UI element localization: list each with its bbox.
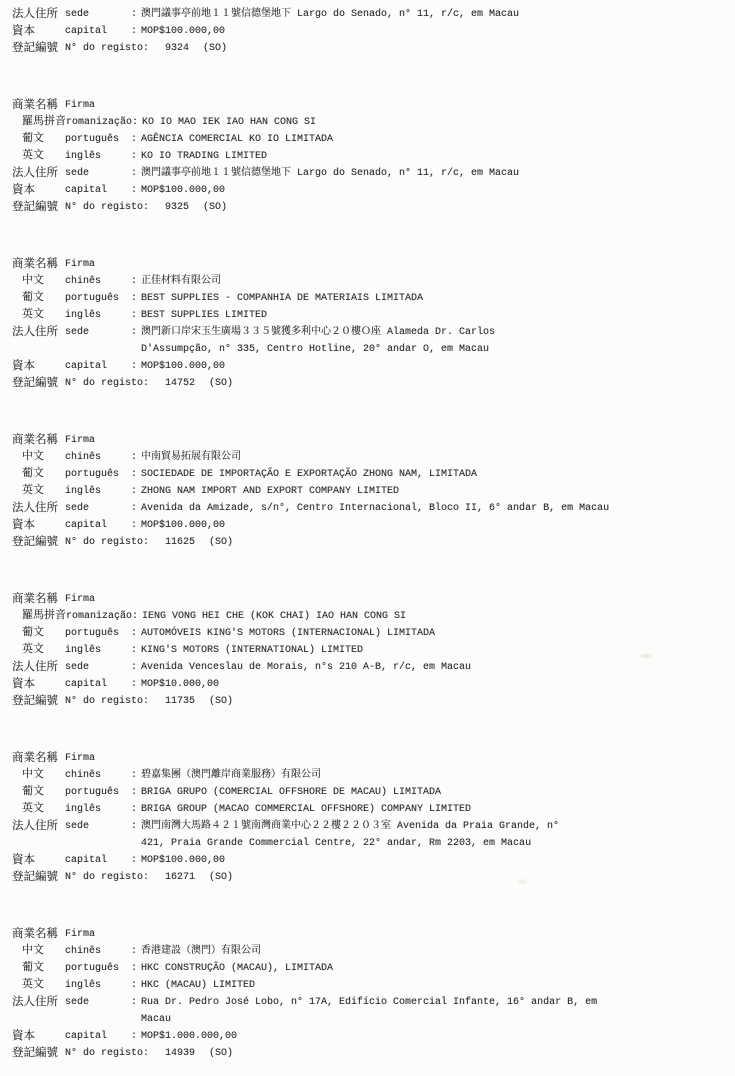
colon-separator: : — [131, 466, 141, 483]
row-firma: 商業名稱 Firma — [12, 97, 719, 114]
label-portuguese: Firma — [65, 97, 131, 114]
row-sede: 法人住所 sede : 澳門南灣大馬路４２１號南灣商業中心２２樓２２０３室 Av… — [12, 818, 719, 852]
label-portuguese: português — [65, 466, 131, 483]
field-value: 澳門新口岸宋玉生廣場３３５號獲多利中心２０樓Ｏ座 Alameda Dr. Car… — [141, 324, 719, 358]
row-capital: 資本 capital : MOP$100.000,00 — [12, 358, 719, 375]
colon-separator: : — [131, 449, 141, 466]
label-portuguese: Firma — [65, 432, 131, 449]
row-registo: 登記編號 N° do registo: 11735 (SO) — [12, 693, 719, 710]
registry-entry: 商業名稱 Firma 中文 chinês : 正佳材料有限公司 葡文 portu… — [12, 256, 719, 392]
registry-entry: 商業名稱 Firma 羅馬拼音 romanização : IENG VONG … — [12, 591, 719, 710]
label-chinese: 登記編號 — [12, 869, 65, 886]
field-value: BEST SUPPLIES LIMITED — [141, 307, 719, 324]
field-value: Avenida da Amizade, s/n°, Centro Interna… — [141, 500, 719, 517]
scan-smudge — [518, 880, 527, 883]
label-portuguese: sede — [65, 324, 131, 341]
row-chines: 中文 chinês : 碧嘉集團（澳門離岸商業服務）有限公司 — [12, 767, 719, 784]
label-chinese: 資本 — [12, 676, 65, 693]
label-chinese: 資本 — [12, 182, 65, 199]
registration-suffix: (SO) — [209, 1045, 233, 1062]
row-chines: 中文 chinês : 中南貿易拓展有限公司 — [12, 449, 719, 466]
label-registo: N° do registo: — [65, 693, 149, 710]
row-ingles: 英文 inglês : BEST SUPPLIES LIMITED — [12, 307, 719, 324]
colon-separator: : — [131, 131, 141, 148]
field-value: MOP$100.000,00 — [141, 852, 719, 869]
label-chinese: 商業名稱 — [12, 432, 65, 449]
label-chinese: 羅馬拼音 — [12, 608, 66, 625]
label-registo: N° do registo: — [65, 534, 149, 551]
colon-separator: : — [131, 1028, 141, 1045]
colon-separator: : — [131, 801, 141, 818]
registration-number: 11625 — [165, 534, 195, 551]
label-chinese: 登記編號 — [12, 199, 65, 216]
label-portuguese: português — [65, 290, 131, 307]
colon-separator: : — [131, 148, 141, 165]
row-capital: 資本 capital : MOP$1.000.000,00 — [12, 1028, 719, 1045]
label-portuguese: sede — [65, 659, 131, 676]
colon-separator: : — [131, 960, 141, 977]
label-portuguese: Firma — [65, 591, 131, 608]
colon-separator: : — [131, 500, 141, 517]
field-value: MOP$1.000.000,00 — [141, 1028, 719, 1045]
colon-separator: : — [131, 625, 141, 642]
row-ingles: 英文 inglês : KING'S MOTORS (INTERNATIONAL… — [12, 642, 719, 659]
label-portuguese: sede — [65, 165, 131, 182]
label-portuguese: sede — [65, 500, 131, 517]
row-romanizacao: 羅馬拼音 romanização : IENG VONG HEI CHE (KO… — [12, 608, 719, 625]
label-chinese: 商業名稱 — [12, 926, 65, 943]
row-portugues: 葡文 português : SOCIEDADE DE IMPORTAÇÃO E… — [12, 466, 719, 483]
registry-entry: 商業名稱 Firma 中文 chinês : 香港建設（澳門）有限公司 葡文 p… — [12, 926, 719, 1062]
label-portuguese: inglês — [65, 801, 131, 818]
row-romanizacao: 羅馬拼音 romanização : KO IO MAO IEK IAO HAN… — [12, 114, 719, 131]
label-chinese: 資本 — [12, 852, 65, 869]
colon-separator: : — [131, 642, 141, 659]
label-portuguese: sede — [65, 818, 131, 835]
label-portuguese: capital — [65, 1028, 131, 1045]
label-chinese: 商業名稱 — [12, 750, 65, 767]
row-registo: 登記編號 N° do registo: 14939 (SO) — [12, 1045, 719, 1062]
registration-number: 14752 — [165, 375, 195, 392]
row-sede: 法人住所 sede : 澳門新口岸宋玉生廣場３３５號獲多利中心２０樓Ｏ座 Ala… — [12, 324, 719, 358]
label-portuguese: português — [65, 960, 131, 977]
colon-separator: : — [131, 182, 141, 199]
label-portuguese: capital — [65, 852, 131, 869]
label-chinese: 英文 — [12, 483, 65, 500]
field-value: MOP$10.000,00 — [141, 676, 719, 693]
row-capital: 資本 capital : MOP$10.000,00 — [12, 676, 719, 693]
row-portugues: 葡文 português : AUTOMÓVEIS KING'S MOTORS … — [12, 625, 719, 642]
row-capital: 資本 capital : MOP$100.000,00 — [12, 517, 719, 534]
field-value: SOCIEDADE DE IMPORTAÇÃO E EXPORTAÇÃO ZHO… — [141, 466, 719, 483]
row-registo: 登記編號 N° do registo: 11625 (SO) — [12, 534, 719, 551]
label-portuguese: português — [65, 625, 131, 642]
label-portuguese: português — [65, 131, 131, 148]
colon-separator: : — [131, 290, 141, 307]
label-portuguese: inglês — [65, 483, 131, 500]
registration-number: 9325 — [165, 199, 189, 216]
field-value: MOP$100.000,00 — [141, 182, 719, 199]
colon-separator: : — [131, 165, 141, 182]
row-sede: 法人住所 sede : 澳門議事亭前地１１號信德堡地下 Largo do Sen… — [12, 6, 719, 23]
row-chines: 中文 chinês : 香港建設（澳門）有限公司 — [12, 943, 719, 960]
field-value: BEST SUPPLIES - COMPANHIA DE MATERIAIS L… — [141, 290, 719, 307]
field-value: AGÊNCIA COMERCIAL KO IO LIMITADA — [141, 131, 719, 148]
row-firma: 商業名稱 Firma — [12, 750, 719, 767]
colon-separator: : — [131, 307, 141, 324]
colon-separator: : — [131, 767, 141, 784]
row-registo: 登記編號 N° do registo: 16271 (SO) — [12, 869, 719, 886]
row-capital: 資本 capital : MOP$100.000,00 — [12, 182, 719, 199]
label-chinese: 登記編號 — [12, 375, 65, 392]
colon-separator: : — [131, 483, 141, 500]
colon-separator: : — [131, 994, 141, 1011]
row-capital: 資本 capital : MOP$100.000,00 — [12, 852, 719, 869]
label-chinese: 中文 — [12, 273, 65, 290]
label-chinese: 商業名稱 — [12, 256, 65, 273]
field-value: HKC (MACAU) LIMITED — [141, 977, 719, 994]
label-chinese: 英文 — [12, 148, 65, 165]
label-portuguese: capital — [65, 676, 131, 693]
label-portuguese: Firma — [65, 926, 131, 943]
label-registo: N° do registo: — [65, 869, 149, 886]
colon-separator: : — [131, 324, 141, 341]
label-chinese: 法人住所 — [12, 500, 65, 517]
registry-document-page: 法人住所 sede : 澳門議事亭前地１１號信德堡地下 Largo do Sen… — [0, 0, 735, 1076]
label-chinese: 資本 — [12, 517, 65, 534]
colon-separator: : — [131, 676, 141, 693]
row-firma: 商業名稱 Firma — [12, 926, 719, 943]
label-chinese: 資本 — [12, 358, 65, 375]
label-chinese: 葡文 — [12, 960, 65, 977]
label-portuguese: capital — [65, 23, 131, 40]
field-value: 中南貿易拓展有限公司 — [141, 449, 719, 466]
colon-separator: : — [131, 784, 141, 801]
registration-suffix: (SO) — [209, 869, 233, 886]
registration-suffix: (SO) — [203, 199, 227, 216]
label-chinese: 葡文 — [12, 625, 65, 642]
row-portugues: 葡文 português : BRIGA GRUPO (COMERCIAL OF… — [12, 784, 719, 801]
field-value: 正佳材料有限公司 — [141, 273, 719, 290]
label-portuguese: chinês — [65, 943, 131, 960]
label-portuguese: romanização — [66, 608, 132, 625]
label-chinese: 中文 — [12, 449, 65, 466]
row-firma: 商業名稱 Firma — [12, 432, 719, 449]
label-chinese: 羅馬拼音 — [12, 114, 66, 131]
field-value: BRIGA GROUP (MACAO COMMERCIAL OFFSHORE) … — [141, 801, 719, 818]
colon-separator: : — [132, 608, 142, 625]
registry-entry: 商業名稱 Firma 中文 chinês : 碧嘉集團（澳門離岸商業服務）有限公… — [12, 750, 719, 886]
row-sede: 法人住所 sede : Rua Dr. Pedro José Lobo, n° … — [12, 994, 719, 1028]
colon-separator: : — [132, 114, 142, 131]
label-chinese: 登記編號 — [12, 534, 65, 551]
row-ingles: 英文 inglês : KO IO TRADING LIMITED — [12, 148, 719, 165]
colon-separator: : — [131, 659, 141, 676]
registry-entry: 法人住所 sede : 澳門議事亭前地１１號信德堡地下 Largo do Sen… — [12, 6, 719, 57]
label-chinese: 中文 — [12, 943, 65, 960]
colon-separator: : — [131, 358, 141, 375]
registry-entries: 法人住所 sede : 澳門議事亭前地１１號信德堡地下 Largo do Sen… — [12, 6, 719, 1062]
field-value: 澳門南灣大馬路４２１號南灣商業中心２２樓２２０３室 Avenida da Pra… — [141, 818, 719, 852]
field-value: MOP$100.000,00 — [141, 358, 719, 375]
field-value: 澳門議事亭前地１１號信德堡地下 Largo do Senado, n° 11, … — [141, 165, 719, 182]
label-chinese: 葡文 — [12, 466, 65, 483]
registry-entry: 商業名稱 Firma 羅馬拼音 romanização : KO IO MAO … — [12, 97, 719, 216]
label-portuguese: chinês — [65, 767, 131, 784]
label-chinese: 資本 — [12, 23, 65, 40]
row-ingles: 英文 inglês : ZHONG NAM IMPORT AND EXPORT … — [12, 483, 719, 500]
field-value: BRIGA GRUPO (COMERCIAL OFFSHORE DE MACAU… — [141, 784, 719, 801]
field-value: 澳門議事亭前地１１號信德堡地下 Largo do Senado, n° 11, … — [141, 6, 719, 23]
registration-number: 11735 — [165, 693, 195, 710]
registration-number: 16271 — [165, 869, 195, 886]
label-portuguese: chinês — [65, 449, 131, 466]
registration-suffix: (SO) — [209, 693, 233, 710]
field-value: HKC CONSTRUÇÃO (MACAU), LIMITADA — [141, 960, 719, 977]
colon-separator: : — [131, 6, 141, 23]
row-registo: 登記編號 N° do registo: 9324 (SO) — [12, 40, 719, 57]
field-value: 碧嘉集團（澳門離岸商業服務）有限公司 — [141, 767, 719, 784]
label-portuguese: sede — [65, 6, 131, 23]
colon-separator: : — [131, 23, 141, 40]
label-chinese: 登記編號 — [12, 1045, 65, 1062]
row-sede: 法人住所 sede : 澳門議事亭前地１１號信德堡地下 Largo do Sen… — [12, 165, 719, 182]
label-chinese: 中文 — [12, 767, 65, 784]
field-value: MOP$100.000,00 — [141, 23, 719, 40]
label-chinese: 英文 — [12, 307, 65, 324]
label-chinese: 法人住所 — [12, 165, 65, 182]
registration-number: 9324 — [165, 40, 189, 57]
field-value: KING'S MOTORS (INTERNATIONAL) LIMITED — [141, 642, 719, 659]
registration-suffix: (SO) — [209, 534, 233, 551]
field-value: IENG VONG HEI CHE (KOK CHAI) IAO HAN CON… — [142, 608, 719, 625]
field-value: ZHONG NAM IMPORT AND EXPORT COMPANY LIMI… — [141, 483, 719, 500]
colon-separator: : — [131, 273, 141, 290]
label-portuguese: português — [65, 784, 131, 801]
colon-separator: : — [131, 517, 141, 534]
row-registo: 登記編號 N° do registo: 9325 (SO) — [12, 199, 719, 216]
row-capital: 資本 capital : MOP$100.000,00 — [12, 23, 719, 40]
row-chines: 中文 chinês : 正佳材料有限公司 — [12, 273, 719, 290]
field-value: Rua Dr. Pedro José Lobo, n° 17A, Edifíci… — [141, 994, 719, 1028]
row-portugues: 葡文 português : HKC CONSTRUÇÃO (MACAU), L… — [12, 960, 719, 977]
label-portuguese: inglês — [65, 642, 131, 659]
row-portugues: 葡文 português : BEST SUPPLIES - COMPANHIA… — [12, 290, 719, 307]
field-value: MOP$100.000,00 — [141, 517, 719, 534]
registry-entry: 商業名稱 Firma 中文 chinês : 中南貿易拓展有限公司 葡文 por… — [12, 432, 719, 551]
label-chinese: 葡文 — [12, 290, 65, 307]
label-portuguese: inglês — [65, 148, 131, 165]
label-chinese: 英文 — [12, 977, 65, 994]
label-portuguese: inglês — [65, 307, 131, 324]
label-chinese: 法人住所 — [12, 818, 65, 835]
label-chinese: 商業名稱 — [12, 591, 65, 608]
row-firma: 商業名稱 Firma — [12, 591, 719, 608]
label-chinese: 資本 — [12, 1028, 65, 1045]
label-portuguese: chinês — [65, 273, 131, 290]
label-chinese: 葡文 — [12, 784, 65, 801]
label-portuguese: inglês — [65, 977, 131, 994]
row-ingles: 英文 inglês : BRIGA GROUP (MACAO COMMERCIA… — [12, 801, 719, 818]
label-portuguese: romanização — [66, 114, 132, 131]
label-chinese: 法人住所 — [12, 6, 65, 23]
label-portuguese: capital — [65, 358, 131, 375]
label-registo: N° do registo: — [65, 199, 149, 216]
field-value: Avenida Venceslau de Morais, n°s 210 A-B… — [141, 659, 719, 676]
label-portuguese: capital — [65, 182, 131, 199]
label-chinese: 法人住所 — [12, 659, 65, 676]
row-registo: 登記編號 N° do registo: 14752 (SO) — [12, 375, 719, 392]
label-chinese: 英文 — [12, 642, 65, 659]
registration-suffix: (SO) — [209, 375, 233, 392]
row-sede: 法人住所 sede : Avenida Venceslau de Morais,… — [12, 659, 719, 676]
label-chinese: 登記編號 — [12, 40, 65, 57]
field-value: 香港建設（澳門）有限公司 — [141, 943, 719, 960]
label-chinese: 法人住所 — [12, 324, 65, 341]
label-chinese: 登記編號 — [12, 693, 65, 710]
label-portuguese: capital — [65, 517, 131, 534]
registration-suffix: (SO) — [203, 40, 227, 57]
label-chinese: 商業名稱 — [12, 97, 65, 114]
field-value: AUTOMÓVEIS KING'S MOTORS (INTERNACIONAL)… — [141, 625, 719, 642]
row-firma: 商業名稱 Firma — [12, 256, 719, 273]
registration-number: 14939 — [165, 1045, 195, 1062]
label-portuguese: sede — [65, 994, 131, 1011]
label-chinese: 英文 — [12, 801, 65, 818]
label-registo: N° do registo: — [65, 375, 149, 392]
label-portuguese: Firma — [65, 750, 131, 767]
label-chinese: 葡文 — [12, 131, 65, 148]
label-chinese: 法人住所 — [12, 994, 65, 1011]
label-registo: N° do registo: — [65, 1045, 149, 1062]
field-value: KO IO MAO IEK IAO HAN CONG SI — [142, 114, 719, 131]
label-portuguese: Firma — [65, 256, 131, 273]
row-ingles: 英文 inglês : HKC (MACAU) LIMITED — [12, 977, 719, 994]
colon-separator: : — [131, 818, 141, 835]
colon-separator: : — [131, 852, 141, 869]
row-portugues: 葡文 português : AGÊNCIA COMERCIAL KO IO L… — [12, 131, 719, 148]
field-value: KO IO TRADING LIMITED — [141, 148, 719, 165]
row-sede: 法人住所 sede : Avenida da Amizade, s/n°, Ce… — [12, 500, 719, 517]
scan-smudge — [640, 654, 652, 658]
colon-separator: : — [131, 943, 141, 960]
colon-separator: : — [131, 977, 141, 994]
label-registo: N° do registo: — [65, 40, 149, 57]
